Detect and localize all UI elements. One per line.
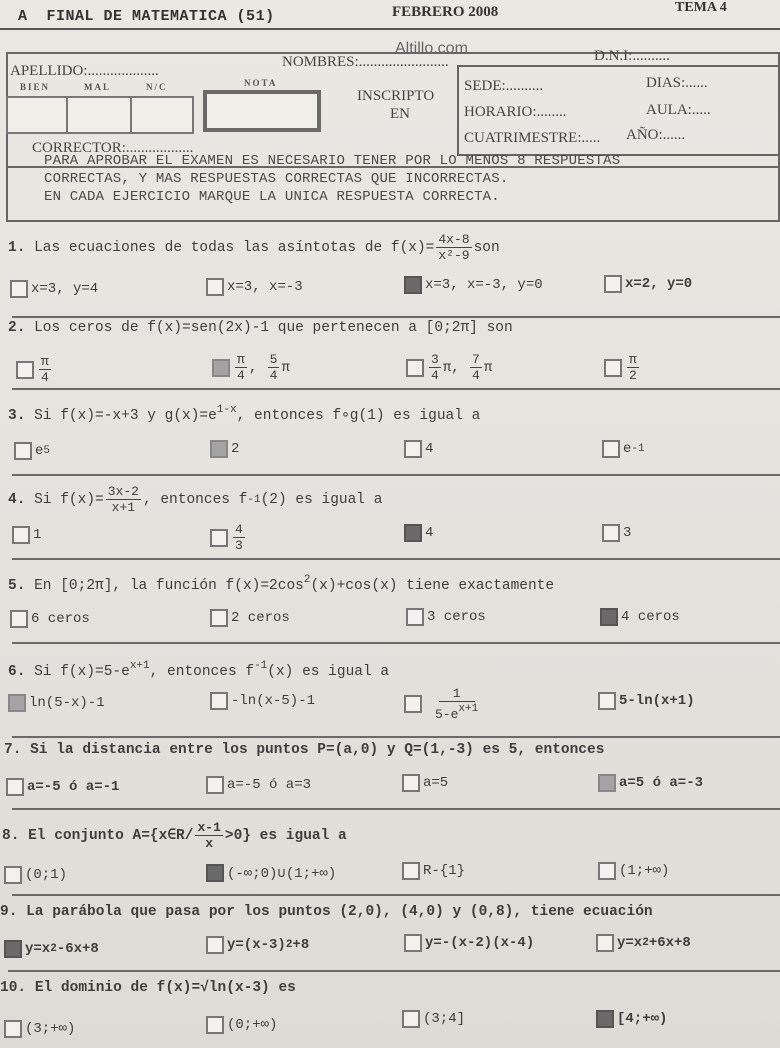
option-label: π, [443, 360, 460, 376]
fraction: π4 [235, 352, 247, 383]
checkbox-marked[interactable] [596, 1010, 614, 1028]
checkbox[interactable] [10, 610, 28, 628]
checkbox[interactable] [404, 440, 422, 458]
option-label: π [484, 360, 492, 376]
q4-option-b[interactable]: 43 [210, 522, 247, 553]
question-number: 1. [8, 240, 25, 256]
instruction-line: CORRECTAS, Y MAS RESPUESTAS CORRECTAS QU… [44, 170, 620, 188]
numerator: π [39, 354, 51, 370]
superscript: -1 [254, 660, 267, 672]
q10-option-d[interactable]: [4;+∞) [596, 1010, 667, 1028]
numerator: 3 [429, 352, 441, 368]
question-number: 9. [0, 904, 17, 920]
q10-option-a[interactable]: (3;+∞) [4, 1020, 75, 1038]
q4-option-c[interactable]: 4 [404, 524, 433, 542]
question-6: 6. Si f(x)=5-ex+1, entonces f-1(x) es ig… [8, 660, 389, 680]
grade-label-bien: BIEN [20, 82, 50, 92]
question-divider [12, 388, 780, 390]
option-label: a=-5 ó a=3 [227, 777, 311, 793]
inscripto-box-top-border [457, 65, 780, 67]
checkbox[interactable] [206, 776, 224, 794]
option-label: e [35, 443, 43, 459]
apellido-field[interactable]: APELLIDO:................... [10, 63, 159, 80]
dni-field[interactable]: D.N.I:.......... [594, 48, 670, 65]
checkbox[interactable] [6, 778, 24, 796]
checkbox[interactable] [406, 359, 424, 377]
question-number: 3. [8, 408, 25, 424]
question-text: son [474, 240, 500, 256]
question-4: 4. Si f(x)= 3x-2x+1 , entonces f-1(2) es… [8, 484, 382, 515]
question-divider [12, 808, 780, 810]
option-label: (0;1) [25, 867, 67, 883]
instruction-line: EN CADA EJERCICIO MARQUE LA UNICA RESPUE… [44, 188, 620, 206]
q9-option-b[interactable]: y=(x-3)2+8 [206, 936, 309, 954]
option-label: 2 ceros [231, 610, 290, 626]
question-divider [12, 894, 780, 896]
inscripto-label: INSCRIPTO [357, 88, 434, 105]
q9-option-d[interactable]: y=x2+6x+8 [596, 934, 691, 952]
checkbox[interactable] [210, 609, 228, 627]
question-5: 5. En [0;2π], la función f(x)=2cos2(x)+c… [8, 574, 554, 594]
aula-field[interactable]: AULA:..... [646, 102, 711, 119]
question-text: >0} es igual a [225, 828, 347, 844]
option-label: +8 [292, 937, 309, 953]
exam-title: A FINAL DE MATEMATICA (51) [18, 8, 275, 25]
checkbox[interactable] [598, 692, 616, 710]
numerator: 5 [268, 352, 280, 368]
question-divider [12, 474, 780, 476]
q8-option-b[interactable]: (-∞;0)∪(1;+∞) [206, 864, 336, 882]
checkbox-marked[interactable] [4, 940, 22, 958]
numerator: x-1 [195, 820, 222, 836]
option-label: a=5 ó a=-3 [619, 775, 703, 791]
option-label: (1;+∞) [619, 863, 669, 879]
question-text: Si f(x)= [34, 492, 104, 508]
q6-option-c[interactable]: 15-ex+1 [404, 686, 480, 722]
instruction-line: PARA APROBAR EL EXAMEN ES NECESARIO TENE… [44, 152, 620, 170]
exam-page: A FINAL DE MATEMATICA (51) FEBRERO 2008 … [0, 0, 780, 1048]
fraction: 15-ex+1 [435, 686, 478, 722]
checkbox[interactable] [206, 1016, 224, 1034]
checkbox[interactable] [12, 526, 30, 544]
q8-option-c[interactable]: R-{1} [402, 862, 465, 880]
inscripto-box-left-border [457, 66, 459, 156]
fraction: 54 [268, 352, 280, 383]
question-8: 8. El conjunto A={x∈R/ x-1x >0} es igual… [2, 820, 347, 851]
checkbox-marked[interactable] [206, 864, 224, 882]
q6-option-d[interactable]: 5-ln(x+1) [598, 692, 695, 710]
checkbox[interactable] [602, 524, 620, 542]
denominator: 4 [431, 368, 439, 383]
exam-variant: A [18, 8, 28, 25]
checkbox-marked[interactable] [600, 608, 618, 626]
question-2: 2. Los ceros de f(x)=sen(2x)-1 que perte… [8, 320, 513, 336]
question-3: 3. Si f(x)=-x+3 y g(x)=e1-x, entonces f∘… [8, 404, 480, 424]
checkbox-marked[interactable] [404, 524, 422, 542]
fraction: π2 [627, 352, 639, 383]
checkbox[interactable] [404, 695, 422, 713]
option-label: y=(x-3) [227, 937, 286, 953]
question-number: 8. [2, 828, 19, 844]
q9-option-a[interactable]: y=x2-6x+8 [4, 940, 99, 958]
superscript: 5 [43, 445, 50, 457]
checkbox[interactable] [402, 774, 420, 792]
question-9: 9. La parábola que pasa por los puntos (… [0, 904, 653, 920]
q4-option-d[interactable]: 3 [602, 524, 631, 542]
q5-option-c[interactable]: 3 ceros [406, 608, 486, 626]
fraction: 74 [470, 352, 482, 383]
option-label: e [623, 441, 631, 457]
q10-option-b[interactable]: (0;+∞) [206, 1016, 277, 1034]
fraction: 3x-2x+1 [106, 484, 141, 515]
question-divider [12, 736, 780, 738]
option-label: π [281, 360, 289, 376]
denominator: 2 [629, 368, 637, 383]
question-number: 6. [8, 664, 25, 680]
option-label: x=3, x=-3 [227, 279, 303, 295]
question-text: Los ceros de f(x)=sen(2x)-1 que pertenec… [34, 320, 513, 336]
q3-option-b[interactable]: 2 [210, 440, 239, 458]
fraction: 4x-8x²-9 [436, 232, 471, 263]
q1-option-c[interactable]: x=3, x=-3, y=0 [404, 276, 543, 294]
nota-label: NOTA [244, 78, 277, 88]
option-label: y=-(x-2)(x-4) [425, 935, 534, 951]
question-7: 7. Si la distancia entre los puntos P=(a… [4, 742, 604, 758]
q2-option-d[interactable]: π2 [604, 352, 641, 383]
question-number: 2. [8, 320, 25, 336]
question-text: (x)+cos(x) tiene exactamente [310, 578, 554, 594]
anio-field[interactable]: AÑO:...... [626, 127, 685, 144]
numerator: 1 [439, 686, 475, 702]
question-text: , entonces f [143, 492, 247, 508]
exam-tema: TEMA 4 [675, 0, 727, 16]
numerator: 7 [470, 352, 482, 368]
superscript: x+1 [458, 703, 478, 715]
checkbox[interactable] [4, 1020, 22, 1038]
numerator: 4x-8 [436, 232, 471, 248]
question-number: 5. [8, 578, 25, 594]
option-label: +6x+8 [649, 935, 691, 951]
superscript: 2 [286, 939, 293, 951]
q2-option-b[interactable]: π4, 54π [212, 352, 290, 383]
nc-box[interactable] [130, 96, 194, 134]
q1-option-d[interactable]: x=2, y=0 [604, 275, 692, 293]
checkbox[interactable] [402, 862, 420, 880]
question-text: Las ecuaciones de todas las asíntotas de… [34, 240, 434, 256]
option-label: ln(5-x)-1 [29, 695, 105, 711]
question-text: En [0;2π], la función f(x)=2cos [34, 578, 304, 594]
q6-option-b[interactable]: -ln(x-5)-1 [210, 692, 315, 710]
question-text: Si f(x)=-x+3 y g(x)=e [34, 408, 217, 424]
fraction: 43 [233, 522, 245, 553]
nota-box[interactable] [203, 90, 321, 132]
checkbox[interactable] [596, 934, 614, 952]
option-label: x=2, y=0 [625, 276, 692, 292]
checkbox-marked[interactable] [8, 694, 26, 712]
option-label: -ln(x-5)-1 [231, 693, 315, 709]
option-label: -6x+8 [57, 941, 99, 957]
q9-option-c[interactable]: y=-(x-2)(x-4) [404, 934, 534, 952]
superscript: 1-x [217, 404, 237, 416]
option-label: a=-5 ó a=-1 [27, 779, 119, 795]
exam-date: FEBRERO 2008 [392, 4, 498, 21]
inscripto-label-en: EN [390, 106, 410, 123]
checkbox[interactable] [604, 275, 622, 293]
question-text: , entonces f [150, 664, 254, 680]
option-label: 4 ceros [621, 609, 680, 625]
checkbox-marked[interactable] [212, 359, 230, 377]
question-divider [8, 970, 780, 972]
checkbox[interactable] [602, 440, 620, 458]
option-label: y=x [25, 941, 50, 957]
q7-option-b[interactable]: a=-5 ó a=3 [206, 776, 311, 794]
checkbox[interactable] [206, 278, 224, 296]
checkbox[interactable] [16, 361, 34, 379]
denominator: 4 [270, 368, 278, 383]
q2-option-a[interactable]: π4 [16, 354, 53, 385]
option-label: y=x [617, 935, 642, 951]
checkbox-marked[interactable] [210, 440, 228, 458]
numerator: π [235, 352, 247, 368]
grade-label-mal: MAL [84, 82, 111, 92]
checkbox[interactable] [598, 862, 616, 880]
bien-box[interactable] [6, 96, 68, 134]
checkbox[interactable] [206, 936, 224, 954]
dias-field[interactable]: DIAS:...... [646, 75, 708, 92]
question-text: (x) es igual a [267, 664, 389, 680]
q2-option-c[interactable]: 34π, 74π [406, 352, 492, 383]
option-label: (3;4] [423, 1011, 465, 1027]
option-label: 5-ln(x+1) [619, 693, 695, 709]
superscript: 2 [50, 943, 57, 955]
q5-option-b[interactable]: 2 ceros [210, 609, 290, 627]
q4-option-a[interactable]: 1 [12, 526, 41, 544]
question-text: Si la distancia entre los puntos P=(a,0)… [30, 742, 604, 758]
question-1: 1. Las ecuaciones de todas las asíntotas… [8, 232, 500, 263]
checkbox[interactable] [404, 934, 422, 952]
superscript: -1 [247, 494, 260, 506]
question-text: El dominio de f(x)=√ln(x-3) es [35, 980, 296, 996]
q8-option-d[interactable]: (1;+∞) [598, 862, 669, 880]
horario-field[interactable]: HORARIO:........ [464, 104, 567, 121]
question-text: (2) es igual a [261, 492, 383, 508]
option-label: 3 [623, 525, 631, 541]
q10-option-c[interactable]: (3;4] [402, 1010, 465, 1028]
nombres-field[interactable]: NOMBRES:........................ [282, 54, 449, 71]
checkbox[interactable] [604, 359, 622, 377]
numerator: 3x-2 [106, 484, 141, 500]
q7-option-d[interactable]: a=5 ó a=-3 [598, 774, 703, 792]
option-label: (0;+∞) [227, 1017, 277, 1033]
instructions: PARA APROBAR EL EXAMEN ES NECESARIO TENE… [44, 152, 620, 206]
denominator: 4 [41, 370, 49, 385]
question-divider [12, 558, 780, 560]
superscript: x+1 [130, 660, 150, 672]
option-label: , [249, 360, 257, 376]
checkbox[interactable] [406, 608, 424, 626]
q5-option-a[interactable]: 6 ceros [10, 610, 90, 628]
denominator: 5-ex+1 [435, 702, 478, 722]
checkbox[interactable] [14, 442, 32, 460]
option-label: 3 ceros [427, 609, 486, 625]
option-label: 4 [425, 525, 433, 541]
fraction: 34 [429, 352, 441, 383]
fraction: x-1x [195, 820, 222, 851]
option-label: 4 [425, 441, 433, 457]
checkbox-marked[interactable] [404, 276, 422, 294]
q3-option-c[interactable]: 4 [404, 440, 433, 458]
exam-title-text: FINAL DE MATEMATICA (51) [47, 8, 275, 25]
cuatrimestre-field[interactable]: CUATRIMESTRE:..... [464, 130, 600, 147]
checkbox[interactable] [4, 866, 22, 884]
q1-option-b[interactable]: x=3, x=-3 [206, 278, 303, 296]
checkbox[interactable] [210, 692, 228, 710]
denominator: 3 [235, 538, 243, 553]
checkbox-marked[interactable] [598, 774, 616, 792]
q6-option-a[interactable]: ln(5-x)-1 [8, 694, 105, 712]
option-label: 1 [33, 527, 41, 543]
denominator-base: 5-e [435, 707, 458, 722]
question-divider [12, 316, 780, 318]
grade-label-nc: N/C [146, 82, 168, 92]
question-divider [12, 642, 780, 644]
question-10: 10. El dominio de f(x)=√ln(x-3) es [0, 980, 296, 996]
superscript: -1 [631, 443, 644, 455]
denominator: x²-9 [438, 248, 469, 263]
q3-option-d[interactable]: e-1 [602, 440, 645, 458]
q3-option-a[interactable]: e5 [14, 442, 50, 460]
q7-option-a[interactable]: a=-5 ó a=-1 [6, 778, 119, 796]
numerator: π [627, 352, 639, 368]
question-text: Si f(x)=5-e [34, 664, 130, 680]
checkbox[interactable] [402, 1010, 420, 1028]
denominator: 4 [472, 368, 480, 383]
option-label: x=3, y=4 [31, 281, 98, 297]
question-text: La parábola que pasa por los puntos (2,0… [26, 904, 653, 920]
sede-field[interactable]: SEDE:.......... [464, 78, 543, 95]
option-label: [4;+∞) [617, 1011, 667, 1027]
question-number: 7. [4, 742, 21, 758]
option-label: R-{1} [423, 863, 465, 879]
superscript: 2 [642, 937, 649, 949]
question-text: , entonces f∘g(1) es igual a [237, 408, 481, 424]
denominator: 4 [237, 368, 245, 383]
option-label: (3;+∞) [25, 1021, 75, 1037]
q5-option-d[interactable]: 4 ceros [600, 608, 680, 626]
denominator: x+1 [112, 500, 135, 515]
q8-option-a[interactable]: (0;1) [4, 866, 67, 884]
question-number: 10. [0, 980, 26, 996]
fraction: π4 [39, 354, 51, 385]
question-text: El conjunto A={x∈R/ [28, 827, 193, 844]
title-divider [0, 28, 780, 30]
option-label: 6 ceros [31, 611, 90, 627]
q7-option-c[interactable]: a=5 [402, 774, 448, 792]
q1-option-a[interactable]: x=3, y=4 [10, 280, 98, 298]
option-label: 2 [231, 441, 239, 457]
checkbox[interactable] [10, 280, 28, 298]
denominator: x [205, 836, 213, 851]
question-number: 4. [8, 492, 25, 508]
option-label: (-∞;0)∪(1;+∞) [227, 865, 336, 882]
mal-box[interactable] [66, 96, 132, 134]
checkbox[interactable] [210, 529, 228, 547]
option-label: x=3, x=-3, y=0 [425, 277, 543, 293]
option-label: a=5 [423, 775, 448, 791]
numerator: 4 [233, 522, 245, 538]
